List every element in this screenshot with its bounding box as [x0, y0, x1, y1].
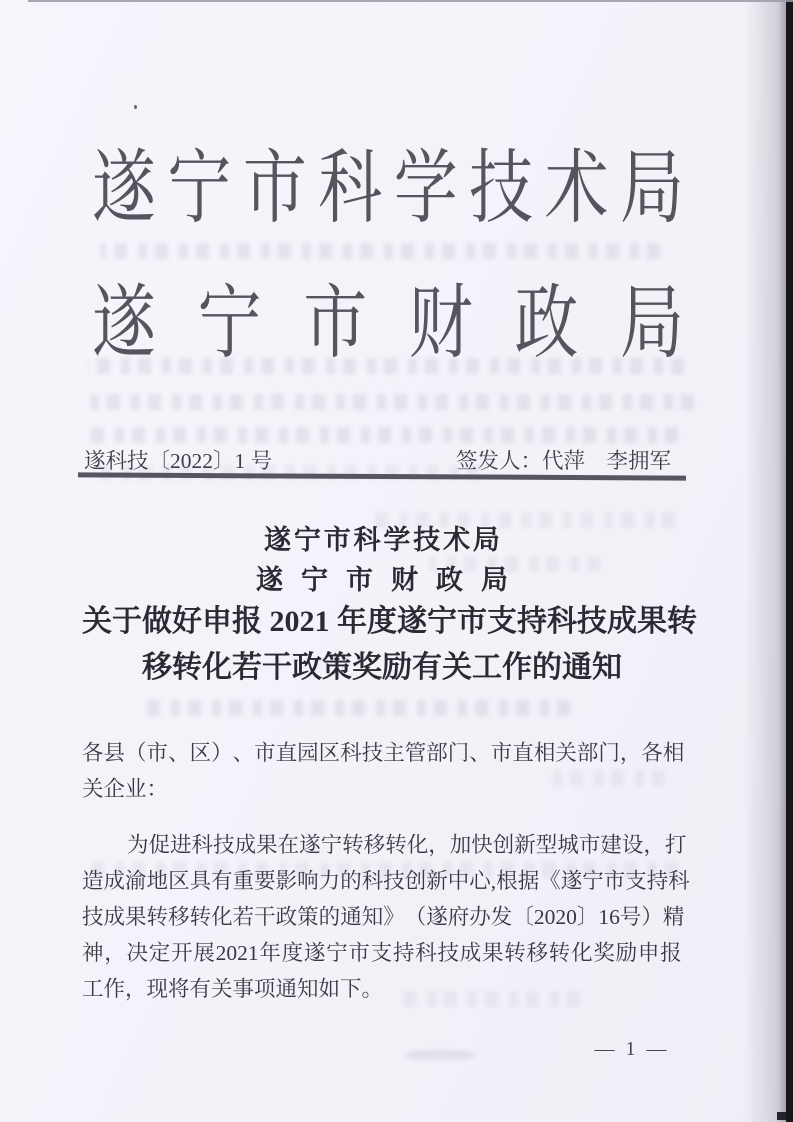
bleed-through-line: [88, 427, 678, 443]
doc-title-org-2: 遂宁市财政局: [256, 566, 508, 596]
scanned-document-page: 遂宁市科学技术局 遂宁市财政局 遂科技〔2022〕1 号 签发人：代萍 李拥军 …: [0, 0, 793, 1122]
salutation-line-2: 关企业：: [82, 776, 168, 804]
doc-title-subject-1: 关于做好申报 2021 年度遂宁市支持科技成果转: [82, 604, 682, 640]
doc-number: 遂科技〔2022〕1 号: [84, 444, 272, 475]
paragraph-line-3: 技成果转移转化若干政策的通知》（遂府办发〔2020〕16号）精: [82, 904, 682, 932]
salutation-line-1: 各县（市、区）、市直园区科技主管部门、市直相关部门，各相: [82, 740, 682, 768]
scan-shadow-right: [744, 0, 786, 1122]
scan-edge-top: [28, 0, 793, 2]
issuer-line: 签发人：代萍 李拥军: [456, 444, 671, 475]
paragraph-line-2: 造成渝地区具有重要影响力的科技创新中心,根据《遂宁市支持科: [82, 868, 682, 896]
page-number: — 1 —: [592, 1038, 672, 1061]
bleed-through-line: [100, 243, 660, 259]
bleed-through-line: [88, 394, 694, 410]
doc-title-subject-2: 移转化若干政策奖励有关工作的通知: [82, 650, 682, 686]
bleed-through-line: [545, 770, 665, 786]
scan-corner-mark: [777, 1112, 786, 1120]
doc-title-org-1: 遂宁市科学技术局: [264, 526, 500, 556]
bleed-through-line: [140, 700, 570, 716]
paper-speck: [134, 105, 137, 109]
paragraph-line-5: 工作，现将有关事项通知如下。: [82, 976, 383, 1004]
bleed-through-smudge: [405, 1050, 475, 1060]
masthead-org-line-2: 遂宁市财政局: [92, 281, 684, 366]
bleed-through-line: [400, 991, 580, 1007]
paragraph-line-1: 为促进科技成果在遂宁转移转化，加快创新型城市建设，打: [127, 832, 682, 860]
scan-edge-right: [786, 0, 793, 1122]
paragraph-line-4: 神，决定开展2021年度遂宁市支持科技成果转移转化奖励申报: [82, 940, 682, 968]
masthead-org-line-1: 遂宁市科学技术局: [92, 146, 684, 231]
